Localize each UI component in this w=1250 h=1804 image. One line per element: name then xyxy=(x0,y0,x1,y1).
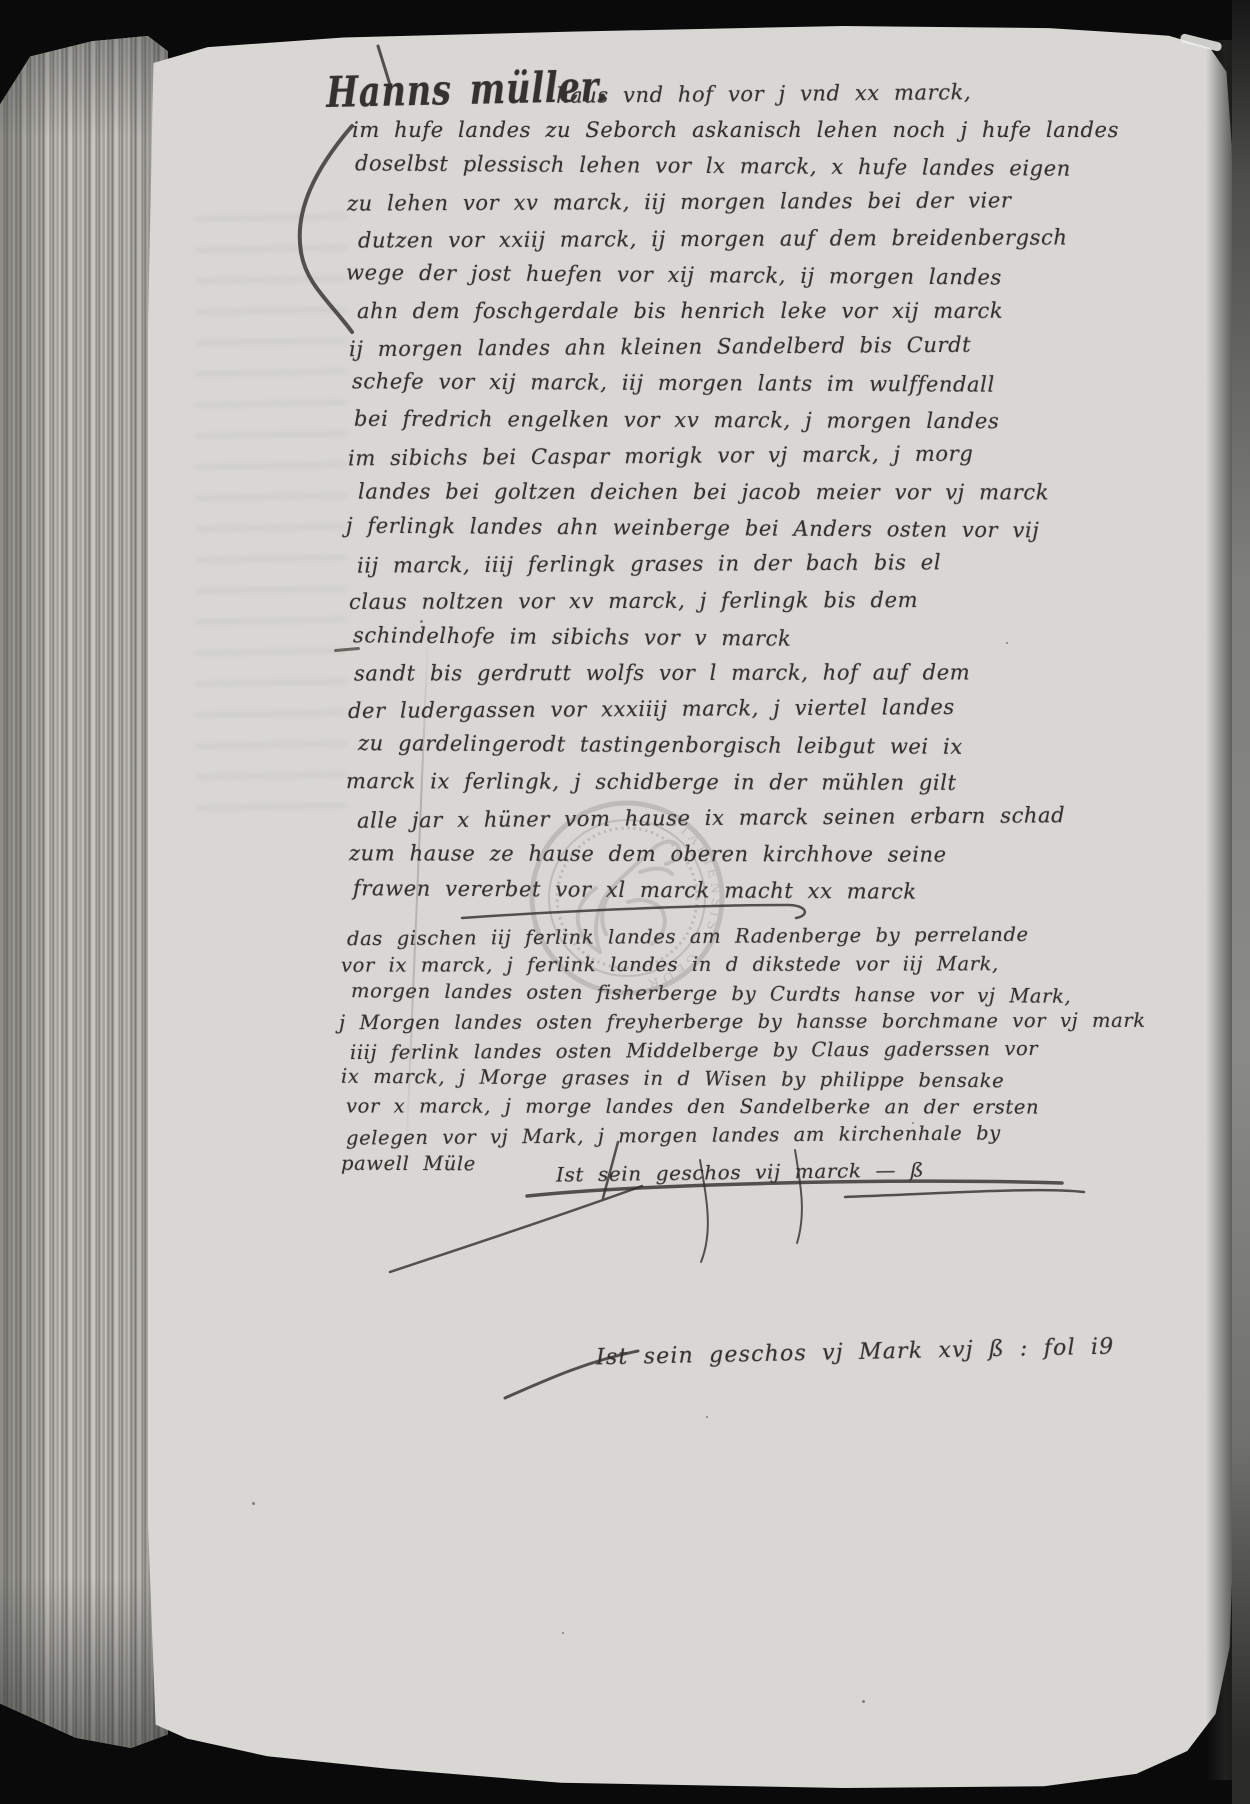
manuscript-line: zu lehen vor xv marck, iij morgen landes… xyxy=(347,189,1012,216)
bleedthrough-ghost xyxy=(196,190,346,810)
manuscript-line: zum hause ze hause dem oberen kirchhove … xyxy=(349,841,947,866)
dust-speck xyxy=(562,1632,564,1634)
manuscript-line: im sibichs bei Caspar morigk vor vj marc… xyxy=(348,441,974,470)
manuscript-line: zu gardelingerodt tastingenborgisch leib… xyxy=(358,732,963,760)
manuscript-line: dutzen vor xxiij marck, ij morgen auf de… xyxy=(358,225,1068,252)
manuscript-scan: STADIENSIS · GEOR Hanns müller. haus vnd… xyxy=(0,0,1250,1804)
dust-speck xyxy=(252,1502,255,1505)
dust-speck xyxy=(912,1122,914,1124)
dust-speck xyxy=(706,1416,708,1418)
dust-speck xyxy=(482,302,484,304)
manuscript-line: ix marck, j Morge grases in d Wisen by p… xyxy=(341,1065,1004,1093)
manuscript-line: vor x marck, j morge landes den Sandelbe… xyxy=(346,1095,1039,1119)
manuscript-line: das gischen iij ferlink landes am Radenb… xyxy=(347,923,1029,950)
dust-speck xyxy=(862,1700,865,1703)
manuscript-line: wege der jost huefen vor xij marck, ij m… xyxy=(346,260,1002,289)
manuscript-line: j ferlingk landes ahn weinberge bei Ande… xyxy=(346,514,1040,543)
manuscript-line: iiij ferlink landes osten Middelberge by… xyxy=(350,1037,1038,1064)
manuscript-line: der ludergassen vor xxxiiij marck, j vie… xyxy=(348,695,955,723)
manuscript-line: iij marck, iiij ferlingk grases in der b… xyxy=(357,551,941,578)
manuscript-line: im hufe landes zu Seborch askanisch lehe… xyxy=(352,118,1119,142)
manuscript-line: sandt bis gerdrutt wolfs vor l marck, ho… xyxy=(354,660,970,685)
dust-speck xyxy=(1006,642,1008,644)
manuscript-line: gelegen vor vj Mark, j morgen landes am … xyxy=(346,1121,1001,1149)
manuscript-line: bei fredrich engelken vor xv marck, j mo… xyxy=(354,406,999,432)
struck-total-line: Ist sein geschos vij marck — ß xyxy=(556,1157,924,1186)
manuscript-line: marck ix ferlingk, j schidberge in der m… xyxy=(346,769,957,795)
manuscript-line: ij morgen landes ahn kleinen Sandelberd … xyxy=(349,333,971,361)
manuscript-line: frawen vererbet vor xl marck macht xx ma… xyxy=(353,876,917,904)
manuscript-line: vor ix marck, j ferlink landes in d diks… xyxy=(341,953,999,977)
manuscript-line: ahn dem foschgerdale bis henrich leke vo… xyxy=(357,299,1003,323)
manuscript-line: schefe vor xij marck, iij morgen lants i… xyxy=(352,370,995,397)
manuscript-line: claus noltzen vor xv marck, j ferlingk b… xyxy=(349,588,918,614)
dust-speck xyxy=(420,620,423,623)
manuscript-line: schindelhofe im sibichs vor v marck xyxy=(353,623,792,650)
adjacent-page-edge xyxy=(1232,0,1250,1804)
manuscript-line: haus vnd hof vor j vnd xx marck, xyxy=(556,80,971,108)
manuscript-line: j Morgen landes osten freyherberge by ha… xyxy=(339,1009,1146,1034)
book-page-edges xyxy=(0,36,168,1748)
manuscript-line: pawell Müle xyxy=(341,1152,476,1175)
manuscript-line: landes bei goltzen deichen bei jacob mei… xyxy=(358,480,1049,505)
